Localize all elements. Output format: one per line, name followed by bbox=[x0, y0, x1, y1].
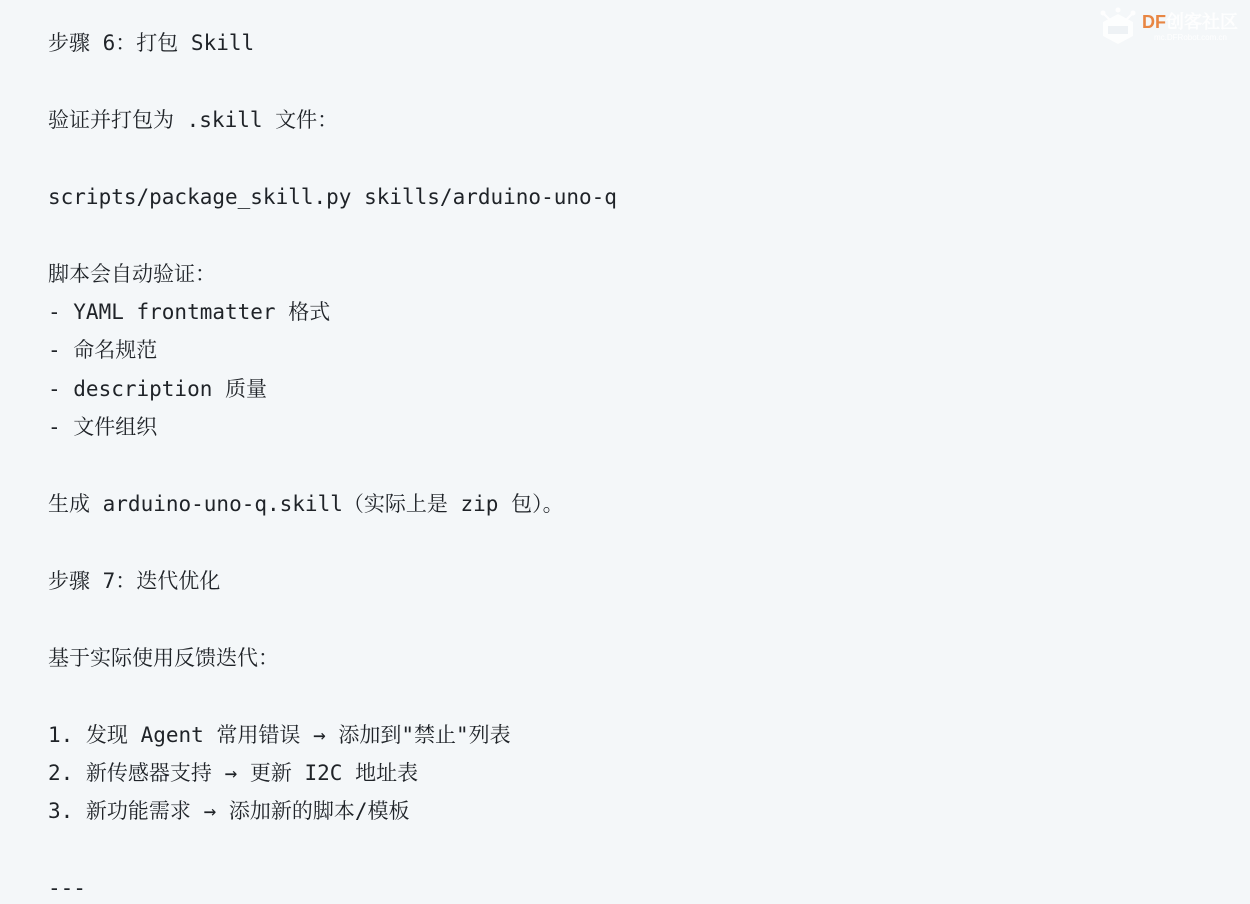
step-7-heading: 步骤 7：迭代优化 bbox=[48, 566, 220, 596]
robot-logo-icon bbox=[1098, 6, 1138, 46]
horizontal-rule-marker: --- bbox=[48, 873, 86, 903]
package-intro-text: 验证并打包为 .skill 文件： bbox=[48, 105, 338, 135]
validate-list-item: - description 质量 bbox=[48, 374, 267, 404]
dfrobot-watermark: DF创客社区 mc.DFRobot.com.cn bbox=[1096, 4, 1246, 48]
iterate-list-item: 2. 新传感器支持 → 更新 I2C 地址表 bbox=[48, 758, 418, 788]
package-command: scripts/package_skill.py skills/arduino-… bbox=[48, 182, 617, 212]
iterate-list-item: 1. 发现 Agent 常用错误 → 添加到"禁止"列表 bbox=[48, 720, 511, 750]
document-page: 步骤 6：打包 Skill 验证并打包为 .skill 文件： scripts/… bbox=[0, 0, 1250, 904]
iterate-intro: 基于实际使用反馈迭代： bbox=[48, 643, 279, 673]
watermark-url: mc.DFRobot.com.cn bbox=[1154, 33, 1227, 42]
validate-list-item: - 命名规范 bbox=[48, 335, 157, 365]
iterate-list-item: 3. 新功能需求 → 添加新的脚本/模板 bbox=[48, 796, 410, 826]
output-description: 生成 arduino-uno-q.skill（实际上是 zip 包）。 bbox=[48, 489, 564, 519]
watermark-brand: DF创客社区 bbox=[1142, 8, 1238, 34]
step-6-heading: 步骤 6：打包 Skill bbox=[48, 28, 254, 58]
validate-list-item: - YAML frontmatter 格式 bbox=[48, 297, 330, 327]
auto-validate-intro: 脚本会自动验证： bbox=[48, 259, 216, 289]
validate-list-item: - 文件组织 bbox=[48, 412, 157, 442]
